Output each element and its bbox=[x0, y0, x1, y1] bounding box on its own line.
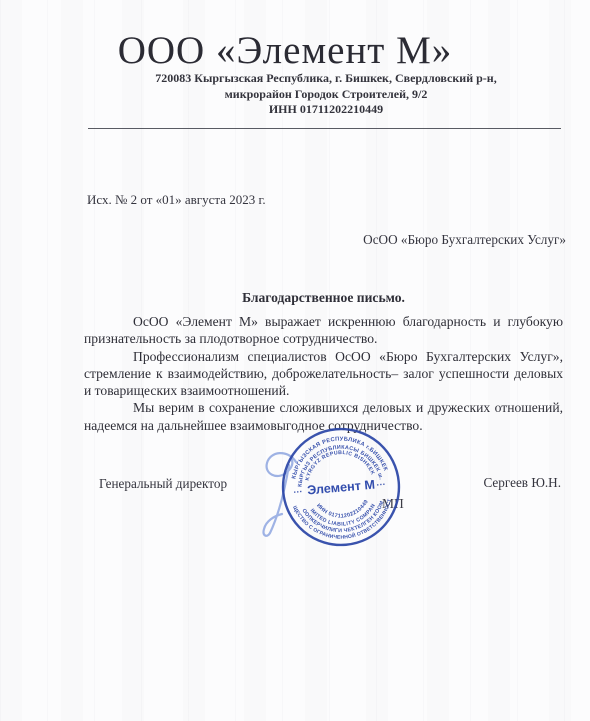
company-address: 720083 Кыргызская Республика, г. Бишкек,… bbox=[61, 71, 590, 118]
letter-page: ООО «Элемент М» 720083 Кыргызская Респуб… bbox=[0, 0, 590, 721]
address-line-2: микрорайон Городок Строителей, 9/2 bbox=[61, 87, 590, 103]
stamp-center-company-name: Элемент М bbox=[307, 478, 376, 498]
recipient-line: ОсОО «Бюро Бухгалтерских Услуг» bbox=[363, 232, 566, 248]
company-name: ООО «Элемент М» bbox=[0, 31, 570, 71]
company-round-stamp: КЫРГЫЗСКАЯ РЕСПУБЛИКА г.БИШКЕК КЫРГЫЗ РЕ… bbox=[275, 421, 407, 553]
paragraph-1: ОсОО «Элемент М» выражает искреннюю благ… bbox=[84, 313, 563, 348]
letter-body: ОсОО «Элемент М» выражает искреннюю благ… bbox=[84, 313, 563, 434]
signer-position-title: Генеральный директор bbox=[99, 476, 227, 492]
address-line-1: 720083 Кыргызская Республика, г. Бишкек,… bbox=[61, 71, 590, 87]
header-divider bbox=[88, 128, 561, 129]
stamp-right-dots: ··· bbox=[376, 479, 386, 490]
address-line-3: ИНН 01711202210449 bbox=[61, 102, 590, 118]
reference-line: Исх. № 2 от «01» августа 2023 г. bbox=[87, 192, 266, 208]
paragraph-2: Профессионализм специалистов ОсОО «Бюро … bbox=[84, 348, 563, 400]
letter-title: Благодарственное письмо. bbox=[84, 290, 563, 306]
stamp-left-dots: ··· bbox=[293, 486, 303, 497]
signer-name: Сергеев Ю.Н. bbox=[483, 475, 561, 491]
